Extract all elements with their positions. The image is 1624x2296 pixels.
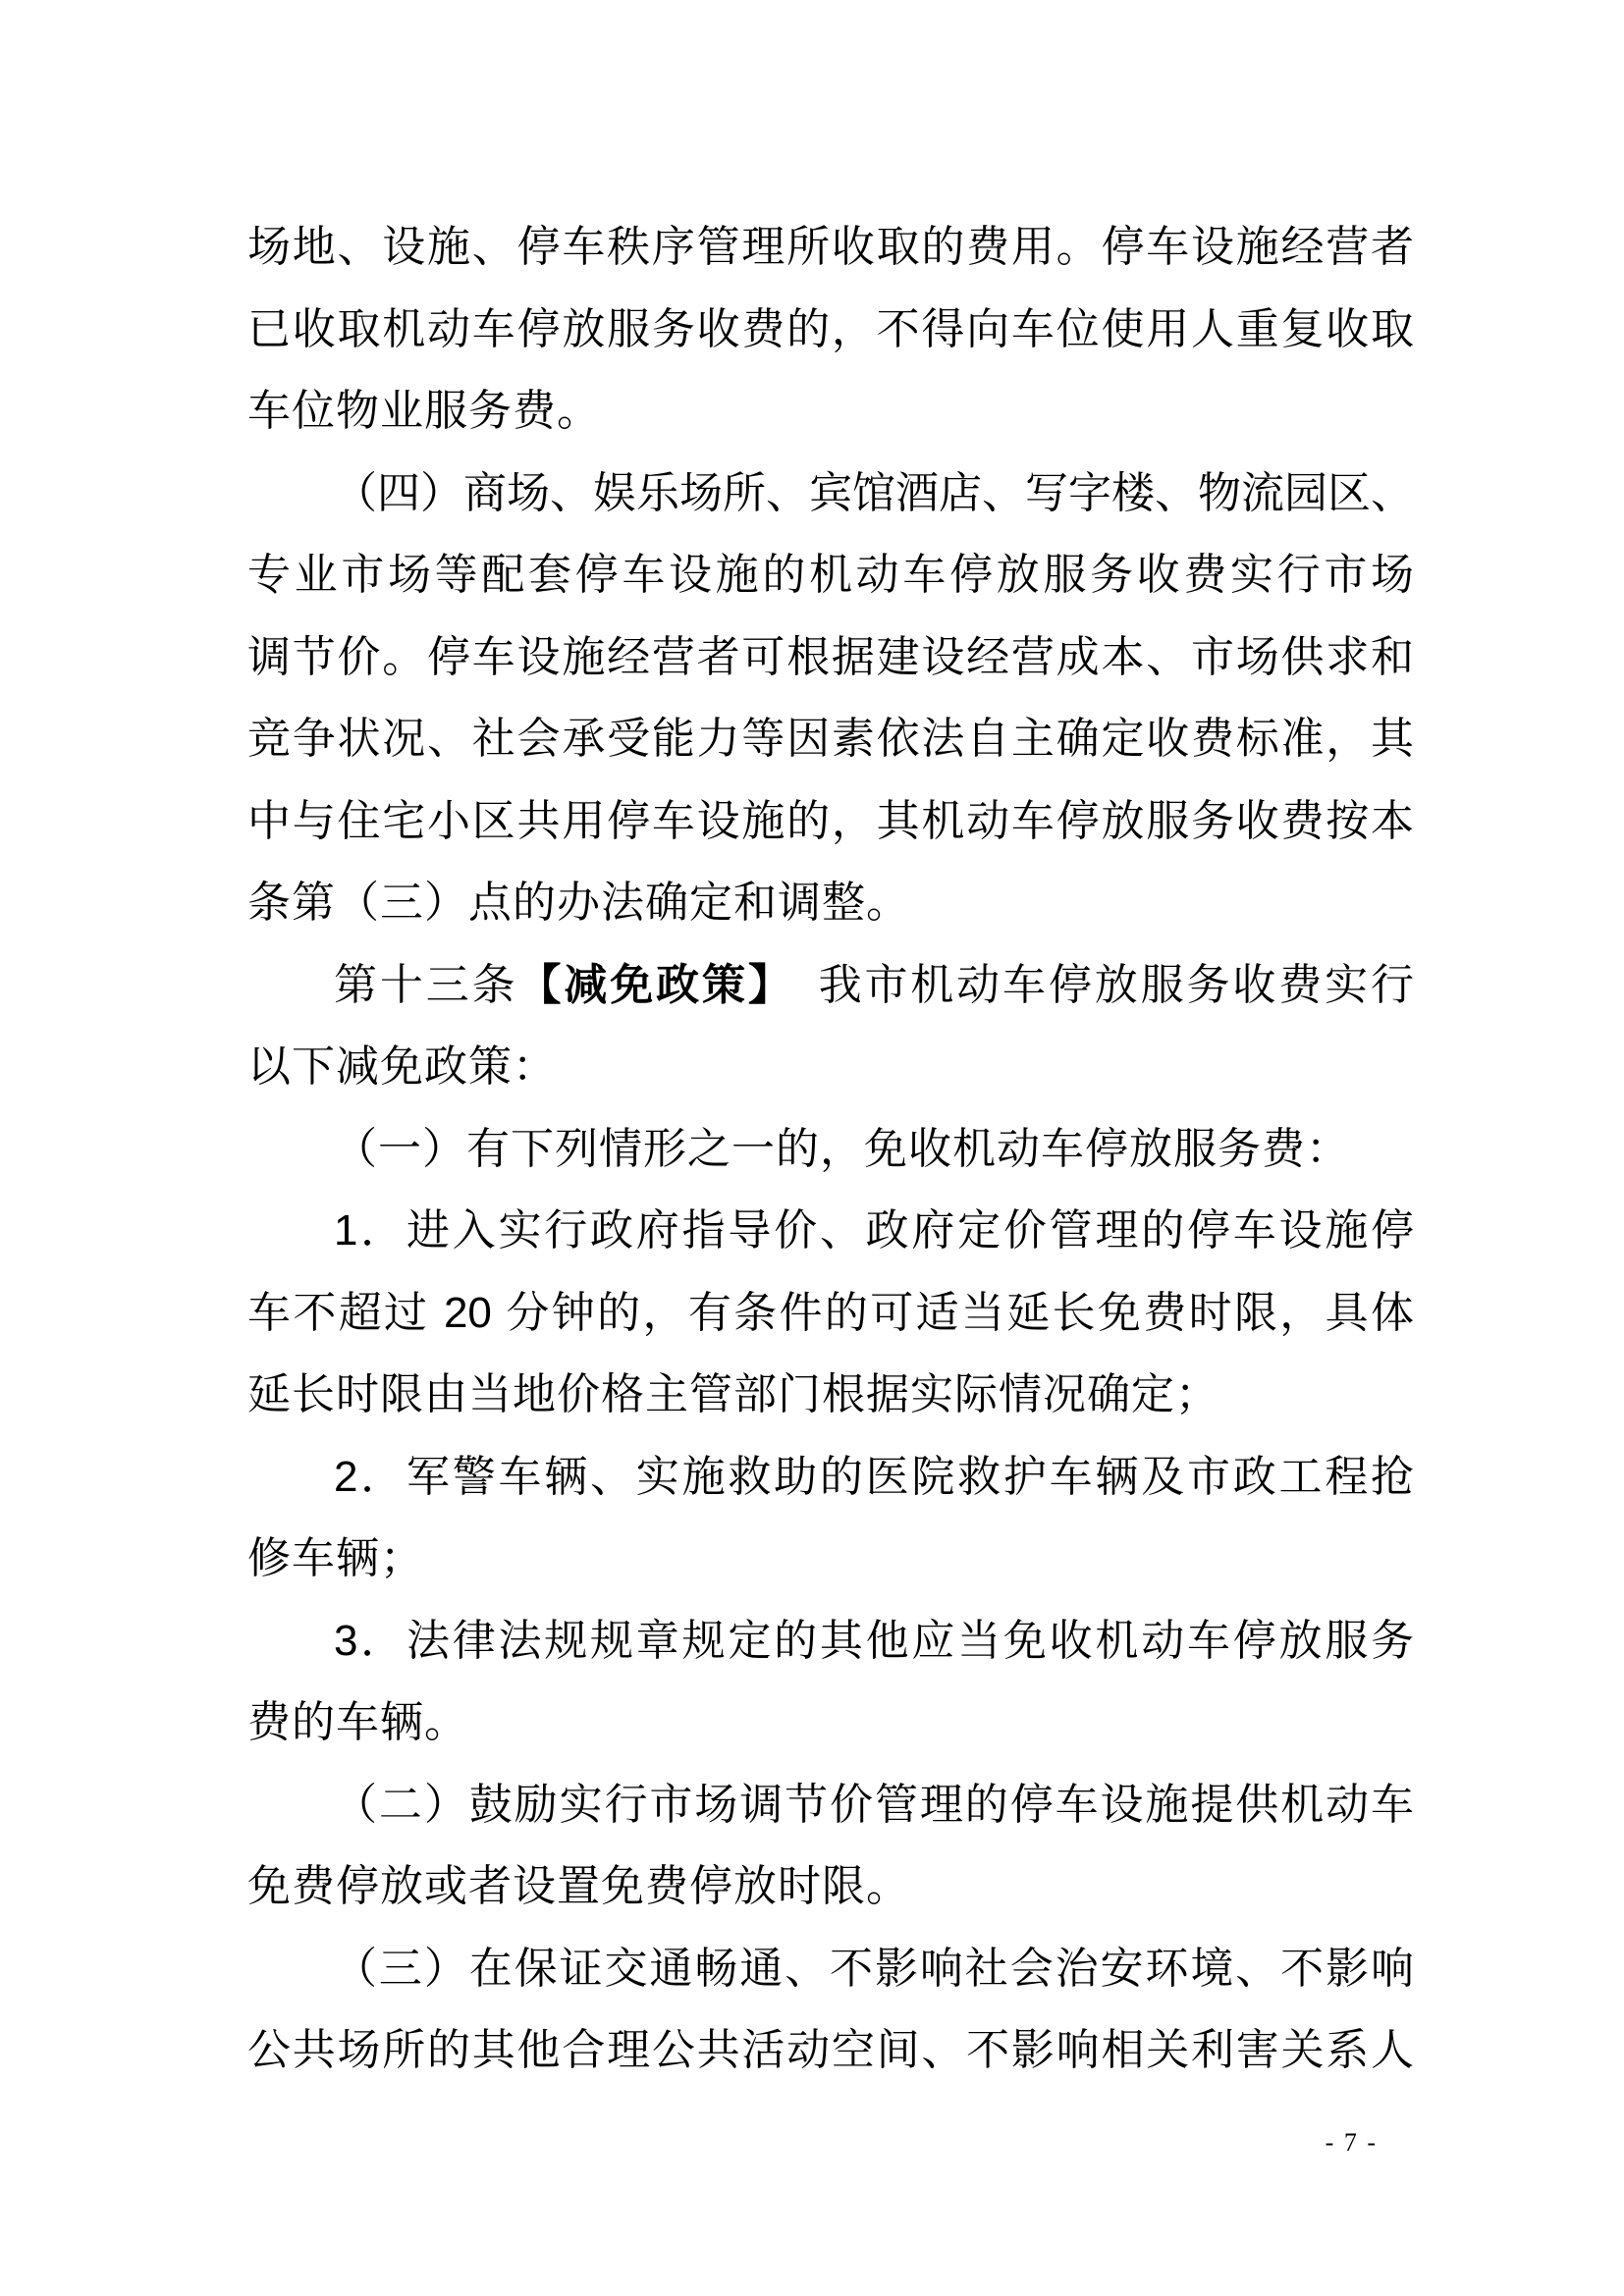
bold-text-segment: 【减免政策】: [517, 961, 772, 1009]
text-line: （四）商场、娱乐场所、宾馆酒店、写字楼、物流园区、: [247, 453, 1414, 535]
text-line: 调节价。停车设施经营者可根据建设经营成本、市场供求和: [247, 616, 1414, 699]
text-line: 免费停放或者设置免费停放时限。: [247, 1845, 1414, 1928]
text-line: 车位物业服务费。: [247, 370, 1414, 453]
text-segment: 竞争状况、社会承受能力等因素依法自主确定收费标准，其: [247, 715, 1414, 763]
text-line: 已收取机动车停放服务收费的，不得向车位使用人重复收取: [247, 289, 1414, 371]
text-line: 1．进入实行政府指导价、政府定价管理的停车设施停: [247, 1190, 1414, 1272]
text-segment: 场地、设施、停车秩序管理所收取的费用。停车设施经营者: [247, 223, 1414, 271]
text-segment: 延长时限由当地价格主管部门根据实际情况确定；: [247, 1370, 1219, 1418]
text-segment: 修车辆；: [247, 1534, 424, 1582]
document-page: 场地、设施、停车秩序管理所收取的费用。停车设施经营者已收取机动车停放服务收费的，…: [0, 0, 1624, 2296]
text-segment: 车不超过 20 分钟的，有条件的可适当延长免费时限，具体: [247, 1289, 1414, 1337]
text-segment: 中与住宅小区共用停车设施的，其机动车停放服务收费按本: [247, 797, 1414, 845]
text-segment: （一）有下列情形之一的，免收机动车停放服务费：: [334, 1125, 1350, 1173]
text-line: 公共场所的其他合理公共活动空间、不影响相关利害关系人: [247, 2009, 1414, 2092]
text-segment: 公共场所的其他合理公共活动空间、不影响相关利害关系人: [247, 2026, 1414, 2074]
text-segment: 费的车辆。: [247, 1698, 468, 1746]
text-line: 专业市场等配套停车设施的机动车停放服务收费实行市场: [247, 534, 1414, 616]
text-segment: （四）商场、娱乐场所、宾馆酒店、写字楼、物流园区、: [334, 469, 1414, 517]
document-body: 场地、设施、停车秩序管理所收取的费用。停车设施经营者已收取机动车停放服务收费的，…: [247, 206, 1414, 2092]
text-segment: 调节价。停车设施经营者可根据建设经营成本、市场供求和: [247, 633, 1414, 681]
text-line: （三）在保证交通畅通、不影响社会治安环境、不影响: [247, 1928, 1414, 2010]
text-segment: 1．进入实行政府指导价、政府定价管理的停车设施停: [334, 1206, 1414, 1255]
text-line: 费的车辆。: [247, 1682, 1414, 1764]
text-line: （一）有下列情形之一的，免收机动车停放服务费：: [247, 1108, 1414, 1191]
text-line: 修车辆；: [247, 1518, 1414, 1600]
text-segment: 以下减免政策：: [247, 1042, 557, 1091]
text-line: 以下减免政策：: [247, 1026, 1414, 1108]
text-segment: 3．法律法规规章规定的其他应当免收机动车停放服务: [334, 1617, 1414, 1665]
text-line: 车不超过 20 分钟的，有条件的可适当延长免费时限，具体: [247, 1272, 1414, 1355]
text-line: 场地、设施、停车秩序管理所收取的费用。停车设施经营者: [247, 206, 1414, 289]
text-segment: 免费停放或者设置免费停放时限。: [247, 1862, 910, 1910]
text-segment: 第十三条: [334, 961, 517, 1009]
text-segment: （二）鼓励实行市场调节价管理的停车设施提供机动车: [334, 1781, 1414, 1829]
text-segment: 条第（三）点的办法确定和调整。: [247, 879, 910, 927]
text-line: 2．军警车辆、实施救助的医院救护车辆及市政工程抢: [247, 1436, 1414, 1519]
text-line: 条第（三）点的办法确定和调整。: [247, 862, 1414, 944]
text-segment: 车位物业服务费。: [247, 387, 601, 435]
text-segment: 我市机动车停放服务收费实行: [773, 961, 1414, 1009]
text-line: 竞争状况、社会承受能力等因素依法自主确定收费标准，其: [247, 698, 1414, 780]
text-segment: 专业市场等配套停车设施的机动车停放服务收费实行市场: [247, 551, 1414, 599]
text-segment: （三）在保证交通畅通、不影响社会治安环境、不影响: [334, 1945, 1414, 1993]
text-segment: 2．军警车辆、实施救助的医院救护车辆及市政工程抢: [334, 1453, 1414, 1501]
text-line: 第十三条【减免政策】 我市机动车停放服务收费实行: [247, 944, 1414, 1027]
page-number: - 7 -: [1326, 2128, 1378, 2158]
text-segment: 已收取机动车停放服务收费的，不得向车位使用人重复收取: [247, 305, 1414, 353]
text-line: 3．法律法规规章规定的其他应当免收机动车停放服务: [247, 1600, 1414, 1682]
text-line: （二）鼓励实行市场调节价管理的停车设施提供机动车: [247, 1764, 1414, 1846]
text-line: 中与住宅小区共用停车设施的，其机动车停放服务收费按本: [247, 780, 1414, 863]
text-line: 延长时限由当地价格主管部门根据实际情况确定；: [247, 1354, 1414, 1436]
